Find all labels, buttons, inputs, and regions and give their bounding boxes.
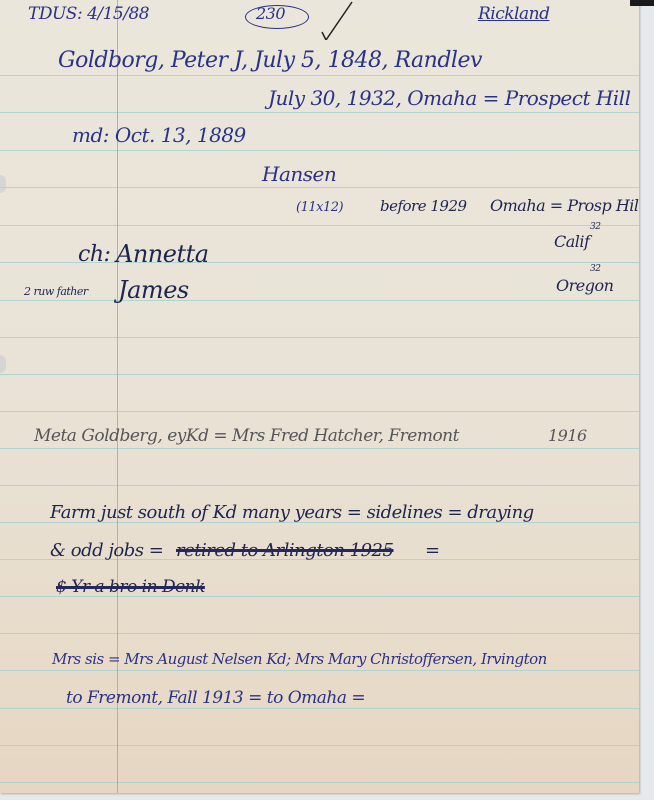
child-place: Calif: [554, 232, 589, 251]
scan-edge: [630, 0, 654, 6]
move-line: to Fremont, Fall 1913 = to Omaha =: [66, 688, 365, 708]
spouse-dates: (11x12): [296, 200, 343, 215]
checkmark-icon: [314, 0, 354, 40]
child-place: Oregon: [556, 276, 613, 295]
children-label: ch:: [78, 242, 110, 267]
meta-year: 1916: [548, 426, 587, 445]
ruled-line: [0, 485, 639, 486]
ruled-line: [0, 374, 639, 375]
ruled-line: [0, 75, 639, 76]
ruled-line: [0, 225, 639, 226]
child-year-note: 32: [590, 264, 600, 274]
note-paper: TDUS: 4/15/88 230 Rickland Goldborg, Pet…: [0, 0, 639, 793]
ruled-line: [0, 633, 639, 634]
occupation-line-1: Farm just south of Kd many years = sidel…: [50, 502, 534, 523]
record-number: 230: [256, 4, 285, 23]
ruled-line: [0, 112, 639, 113]
ruled-line: [0, 745, 639, 746]
ruled-line: [0, 300, 639, 301]
spouse-death: before 1929: [380, 197, 467, 215]
sister-line: Mrs sis = Mrs August Nelsen Kd; Mrs Mary…: [52, 650, 547, 668]
punch-hole-shadow: [0, 175, 6, 193]
marriage-line: md: Oct. 13, 1889: [72, 123, 246, 147]
child-name: James: [118, 276, 189, 304]
ruled-line: [0, 708, 639, 709]
child-year-note: 32: [590, 222, 600, 232]
ruled-line: [0, 187, 639, 188]
child-side-note: 2 ruw father: [24, 285, 88, 298]
location-label: Rickland: [478, 4, 549, 24]
occupation-line-2-prefix: & odd jobs =: [50, 540, 163, 561]
ruled-line: [0, 670, 639, 671]
child-name: Annetta: [116, 240, 209, 268]
spouse-name: Hansen: [262, 162, 336, 186]
meta-goldberg-line: Meta Goldberg, eyKd = Mrs Fred Hatcher, …: [34, 426, 459, 446]
initials-date: TDUS: 4/15/88: [28, 4, 149, 24]
ruled-line: [0, 782, 639, 783]
margin-line: [117, 0, 118, 793]
spouse-death-place: Omaha = Prosp Hill: [490, 196, 639, 215]
occupation-line-2-suffix: =: [425, 540, 440, 561]
ruled-line: [0, 150, 639, 151]
ruled-line: [0, 411, 639, 412]
punch-hole-shadow: [0, 355, 6, 373]
ruled-line: [0, 448, 639, 449]
name-birth-line: Goldborg, Peter J, July 5, 1848, Randlev: [58, 48, 482, 73]
occupation-line-3-struck: $ Yr a bro in Denk: [56, 577, 205, 597]
ruled-line: [0, 337, 639, 338]
occupation-line-2-struck: retired to Arlington 1925: [176, 540, 393, 561]
death-line: July 30, 1932, Omaha = Prospect Hill: [268, 86, 630, 110]
